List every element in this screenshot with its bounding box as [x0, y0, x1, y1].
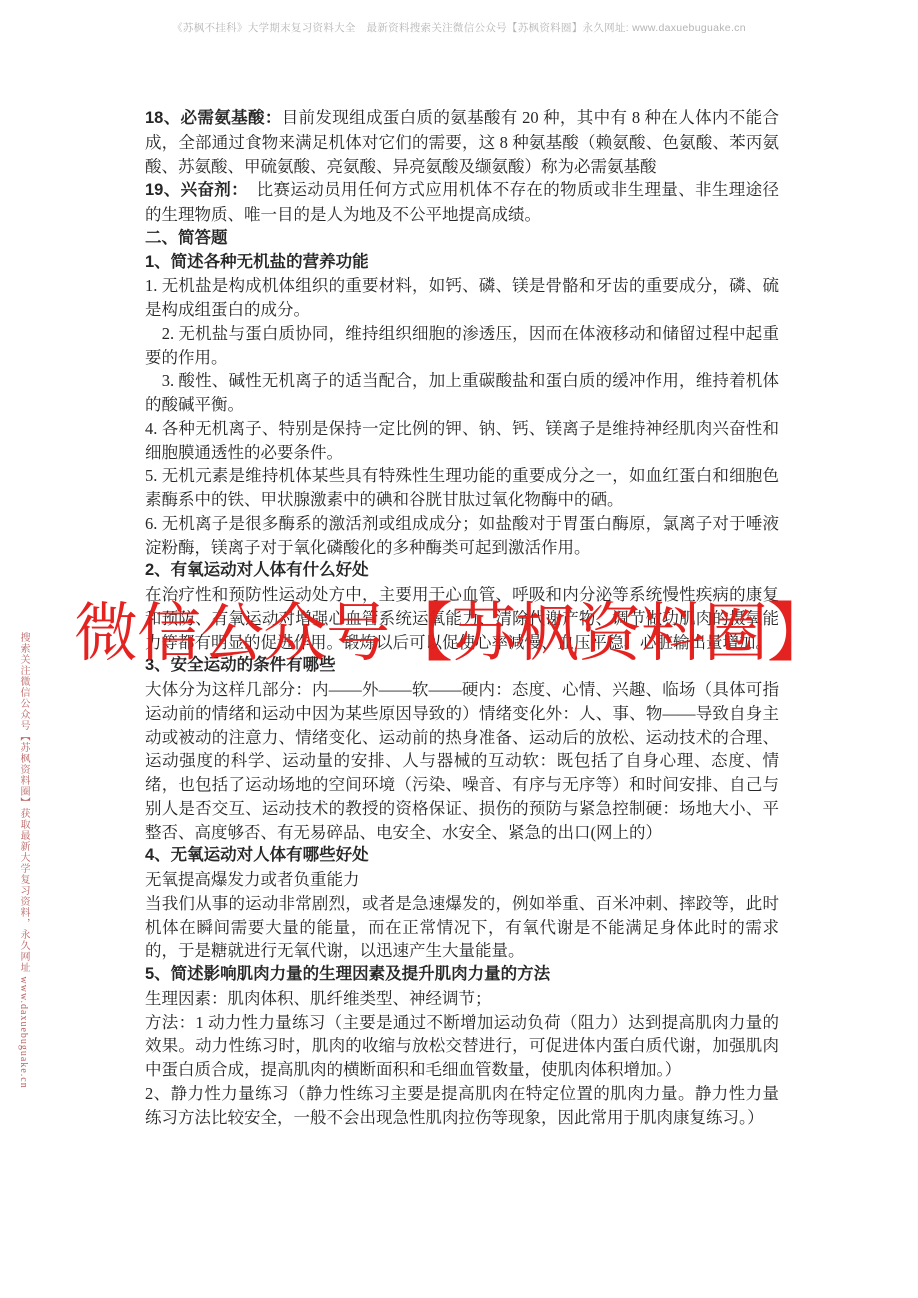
- paragraph-text: 5. 无机元素是维持机体某些具有特殊性生理功能的重要成分之一，如血红蛋白和细胞色…: [145, 466, 779, 509]
- paragraph: 2. 无机盐与蛋白质协同，维持组织细胞的渗透压，因而在体液移动和储留过程中起重要…: [145, 322, 779, 370]
- paragraph-text: 3、安全运动的条件有哪些: [145, 656, 336, 674]
- paragraph: 3. 酸性、碱性无机离子的适当配合，加上重碳酸盐和蛋白质的缓冲作用，维持着机体的…: [145, 369, 779, 417]
- paragraph-text: 无氧提高爆发力或者负重能力: [145, 870, 360, 889]
- paragraph-text: 在治疗性和预防性运动处方中，主要用于心血管、呼吸和内分泌等系统慢性疾病的康复和预…: [145, 585, 779, 652]
- document-page: 《苏枫不挂科》大学期末复习资料大全 最新资料搜索关注微信公众号【苏枫资料圈】永久…: [0, 0, 918, 1298]
- paragraph-lead: 19、兴奋剂：: [145, 181, 240, 199]
- paragraph: 方法：1 动力性力量练习（主要是通过不断增加运动负荷（阻力）达到提高肌肉力量的效…: [145, 1011, 779, 1082]
- paragraph-text: 方法：1 动力性力量练习（主要是通过不断增加运动负荷（阻力）达到提高肌肉力量的效…: [145, 1013, 779, 1080]
- document-content: 18、必需氨基酸：目前发现组成蛋白质的氨基酸有 20 种，其中有 8 种在人体内…: [145, 106, 779, 1129]
- paragraph-text: 二、简答题: [145, 229, 228, 247]
- paragraph: 生理因素：肌肉体积、肌纤维类型、神经调节；: [145, 987, 779, 1011]
- paragraph: 大体分为这样几部分：内——外——软——硬内：态度、心情、兴趣、临场（具体可指运动…: [145, 678, 779, 844]
- paragraph-text: 生理因素：肌肉体积、肌纤维类型、神经调节；: [145, 989, 492, 1008]
- paragraph-text: 2、有氧运动对人体有什么好处: [145, 561, 369, 579]
- paragraph: 在治疗性和预防性运动处方中，主要用于心血管、呼吸和内分泌等系统慢性疾病的康复和预…: [145, 583, 779, 654]
- paragraph-text: 2. 无机盐与蛋白质协同，维持组织细胞的渗透压，因而在体液移动和储留过程中起重要…: [145, 324, 779, 367]
- paragraph-text: 5、简述影响肌肉力量的生理因素及提升肌肉力量的方法: [145, 965, 550, 983]
- section-heading: 4、无氧运动对人体有哪些好处: [145, 844, 779, 868]
- paragraph: 无氧提高爆发力或者负重能力: [145, 868, 779, 892]
- paragraph: 1. 无机盐是构成机体组织的重要材料，如钙、磷、镁是骨骼和牙齿的重要成分，磷、硫…: [145, 274, 779, 322]
- paragraph-text: 1. 无机盐是构成机体组织的重要材料，如钙、磷、镁是骨骼和牙齿的重要成分，磷、硫…: [145, 276, 779, 319]
- paragraph: 6. 无机离子是很多酶系的激活剂或组成成分；如盐酸对于胃蛋白酶原，氯离子对于唾液…: [145, 512, 779, 560]
- paragraph-text: 4. 各种无机离子、特别是保持一定比例的钾、钠、钙、镁离子是维持神经肌肉兴奋性和…: [145, 419, 779, 462]
- paragraph-text: 1、简述各种无机盐的营养功能: [145, 253, 369, 271]
- section-heading: 5、简述影响肌肉力量的生理因素及提升肌肉力量的方法: [145, 963, 779, 987]
- section-heading: 二、简答题: [145, 227, 779, 251]
- paragraph-text: 2、静力性力量练习（静力性练习主要是提高肌肉在特定位置的肌肉力量。静力性力量练习…: [145, 1084, 779, 1127]
- section-heading: 1、简述各种无机盐的营养功能: [145, 251, 779, 275]
- paragraph-lead: 18、必需氨基酸：: [145, 109, 282, 127]
- paragraph: 2、静力性力量练习（静力性练习主要是提高肌肉在特定位置的肌肉力量。静力性力量练习…: [145, 1082, 779, 1130]
- paragraph: 5. 无机元素是维持机体某些具有特殊性生理功能的重要成分之一，如血红蛋白和细胞色…: [145, 464, 779, 512]
- section-heading: 2、有氧运动对人体有什么好处: [145, 559, 779, 583]
- paragraph-text: 6. 无机离子是很多酶系的激活剂或组成成分；如盐酸对于胃蛋白酶原，氯离子对于唾液…: [145, 514, 779, 557]
- page-header: 《苏枫不挂科》大学期末复习资料大全 最新资料搜索关注微信公众号【苏枫资料圈】永久…: [0, 20, 918, 35]
- paragraph-text: 比赛运动员用任何方式应用机体不存在的物质或非生理量、非生理途径的生理物质、唯一目…: [145, 180, 779, 224]
- section-heading: 3、安全运动的条件有哪些: [145, 654, 779, 678]
- paragraph-text: 大体分为这样几部分：内——外——软——硬内：态度、心情、兴趣、临场（具体可指运动…: [145, 680, 779, 842]
- paragraph-text: 4、无氧运动对人体有哪些好处: [145, 846, 369, 864]
- paragraph-text: 3. 酸性、碱性无机离子的适当配合，加上重碳酸盐和蛋白质的缓冲作用，维持着机体的…: [145, 371, 779, 414]
- paragraph: 19、兴奋剂： 比赛运动员用任何方式应用机体不存在的物质或非生理量、非生理途径的…: [145, 178, 779, 227]
- paragraph-text: 当我们从事的运动非常剧烈，或者是急速爆发的，例如举重、百米冲刺、摔跤等，此时机体…: [145, 894, 779, 961]
- paragraph: 18、必需氨基酸：目前发现组成蛋白质的氨基酸有 20 种，其中有 8 种在人体内…: [145, 106, 779, 178]
- paragraph: 当我们从事的运动非常剧烈，或者是急速爆发的，例如举重、百米冲刺、摔跤等，此时机体…: [145, 892, 779, 963]
- paragraph: 4. 各种无机离子、特别是保持一定比例的钾、钠、钙、镁离子是维持神经肌肉兴奋性和…: [145, 417, 779, 465]
- watermark-vertical: 搜索关注微信公众号【苏枫资料圈】获取最新大学复习资料，永久网址 www.daxu…: [16, 632, 31, 1062]
